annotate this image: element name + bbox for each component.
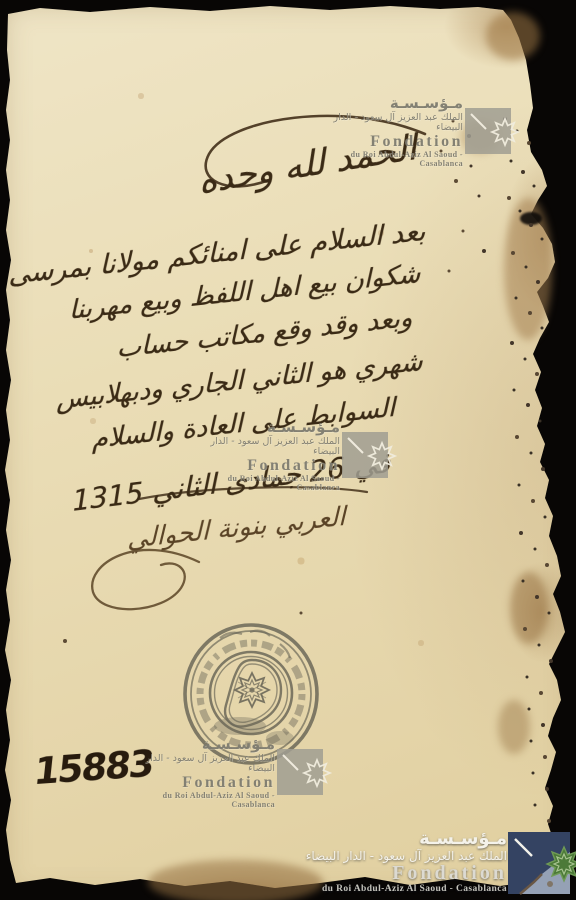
watermark-name-arabic: مـؤسـسـة <box>292 830 507 849</box>
watermark-name-arabic: مـؤسـسـة <box>328 96 463 112</box>
archive-watermark: مـؤسـسـة الملك عبد العزيز آل سعود - الدا… <box>205 420 400 492</box>
pen-flourish <box>75 542 215 624</box>
watermark-owner-french: du Roi Abdul-Aziz Al Saoud - Casablanca <box>140 792 275 809</box>
watermark-owner-french: du Roi Abdul-Aziz Al Saoud - Casablanca <box>328 151 463 168</box>
watermark-name-french: Fondation <box>328 134 463 151</box>
watermark-name-french: Fondation <box>205 458 340 475</box>
foundation-logo-icon <box>508 832 576 900</box>
watermark-owner-arabic: الملك عبد العزيز آل سعود - الدار البيضاء <box>292 850 507 863</box>
watermark-owner-french: du Roi Abdul-Aziz Al Saoud - Casablanca <box>205 475 340 492</box>
foundation-logo-icon <box>465 106 523 162</box>
worm-hole <box>520 212 542 225</box>
edge-specks <box>0 0 2 2</box>
burn-stain <box>486 12 540 60</box>
foundation-logo-icon <box>342 430 400 486</box>
archive-watermark: مـؤسـسـة الملك عبد العزيز آل سعود - الدا… <box>140 737 335 809</box>
burn-stain <box>498 700 530 754</box>
watermark-owner-arabic: الملك عبد العزيز آل سعود - الدار البيضاء <box>140 754 275 774</box>
watermark-name-arabic: مـؤسـسـة <box>205 420 340 436</box>
watermark-owner-arabic: الملك عبد العزيز آل سعود - الدار البيضاء <box>205 437 340 457</box>
watermark-owner-french: du Roi Abdul-Aziz Al Saoud - Casablanca <box>292 885 507 895</box>
watermark-name-french: Fondation <box>292 863 507 884</box>
watermark-name-french: Fondation <box>140 775 275 792</box>
page-scan: { "background_color": "#080605", "paper_… <box>0 0 576 900</box>
burn-stain <box>510 572 548 644</box>
foundation-logo-icon <box>277 747 335 803</box>
watermark-name-arabic: مـؤسـسـة <box>140 737 275 753</box>
watermark-owner-arabic: الملك عبد العزيز آل سعود - الدار البيضاء <box>328 113 463 133</box>
star-icon <box>547 847 576 881</box>
archive-number: 15883 <box>32 742 155 794</box>
archive-watermark-color: مـؤسـسـة الملك عبد العزيز آل سعود - الدا… <box>292 830 576 900</box>
archive-watermark: مـؤسـسـة الملك عبد العزيز آل سعود - الدا… <box>328 96 523 168</box>
